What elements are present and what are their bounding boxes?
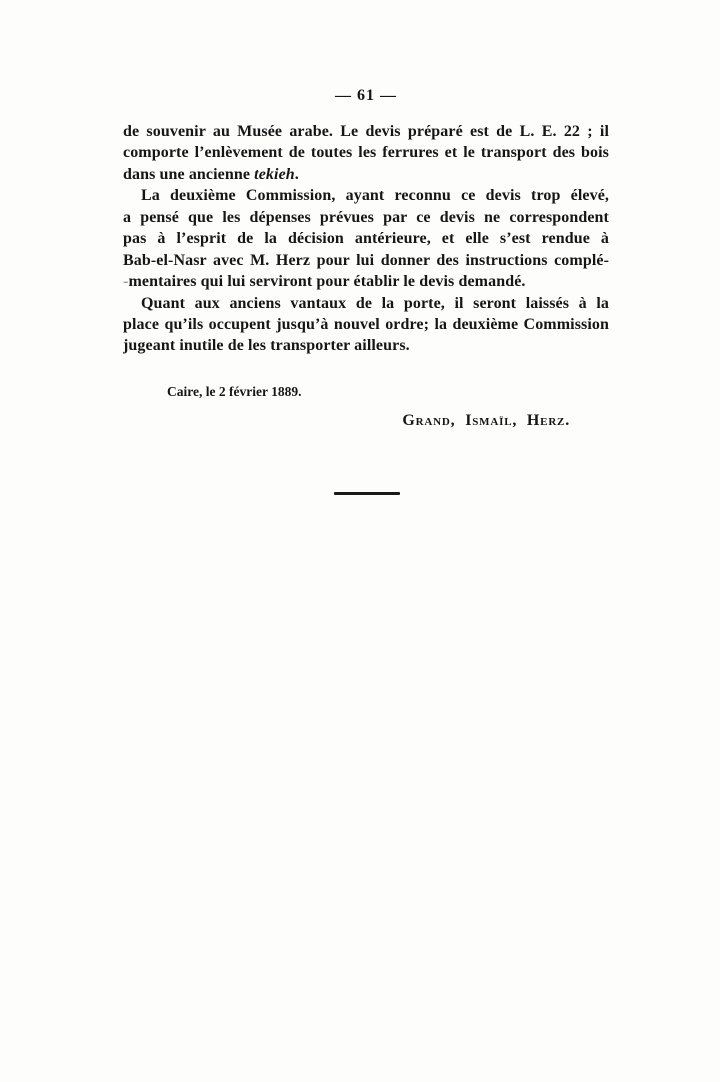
text-line: de souvenir au Musée arabe. Le devis pré… bbox=[123, 121, 609, 142]
page-number: — 61 — bbox=[123, 87, 609, 105]
scanned-book-page: — 61 — de souvenir au Musée arabe. Le de… bbox=[0, 0, 720, 1082]
signature: Grand, Ismaïl, Herz. bbox=[123, 410, 570, 432]
text-line: Quant aux anciens vantaux de la porte, i… bbox=[123, 293, 609, 314]
text-line: La deuxième Commission, ayant reconnu ce… bbox=[123, 185, 609, 206]
text-line: place qu’ils occupent jusqu’à nouvel ord… bbox=[123, 314, 609, 335]
text-line: dans une ancienne tekieh. bbox=[123, 164, 609, 185]
body-text: de souvenir au Musée arabe. Le devis pré… bbox=[123, 121, 609, 357]
italic-term: tekieh bbox=[254, 166, 295, 183]
text-line: jugeant inutile de les transporter aille… bbox=[123, 335, 609, 356]
end-rule bbox=[334, 492, 400, 495]
text-segment: - bbox=[123, 273, 128, 290]
text-segment: mentaires qui lui serviront pour établir… bbox=[128, 273, 525, 290]
text-segment: . bbox=[295, 166, 299, 183]
text-line: -mentaires qui lui serviront pour établi… bbox=[123, 271, 609, 292]
text-line: pas à l’esprit de la décision antérieure… bbox=[123, 228, 609, 249]
dateline: Caire, le 2 février 1889. bbox=[167, 383, 301, 400]
text-segment: dans une ancienne bbox=[123, 166, 254, 183]
text-line: Bab-el-Nasr avec M. Herz pour lui donner… bbox=[123, 250, 609, 271]
text-line: comporte l’enlèvement de toutes les ferr… bbox=[123, 142, 609, 163]
text-line: a pensé que les dépenses prévues par ce … bbox=[123, 207, 609, 228]
